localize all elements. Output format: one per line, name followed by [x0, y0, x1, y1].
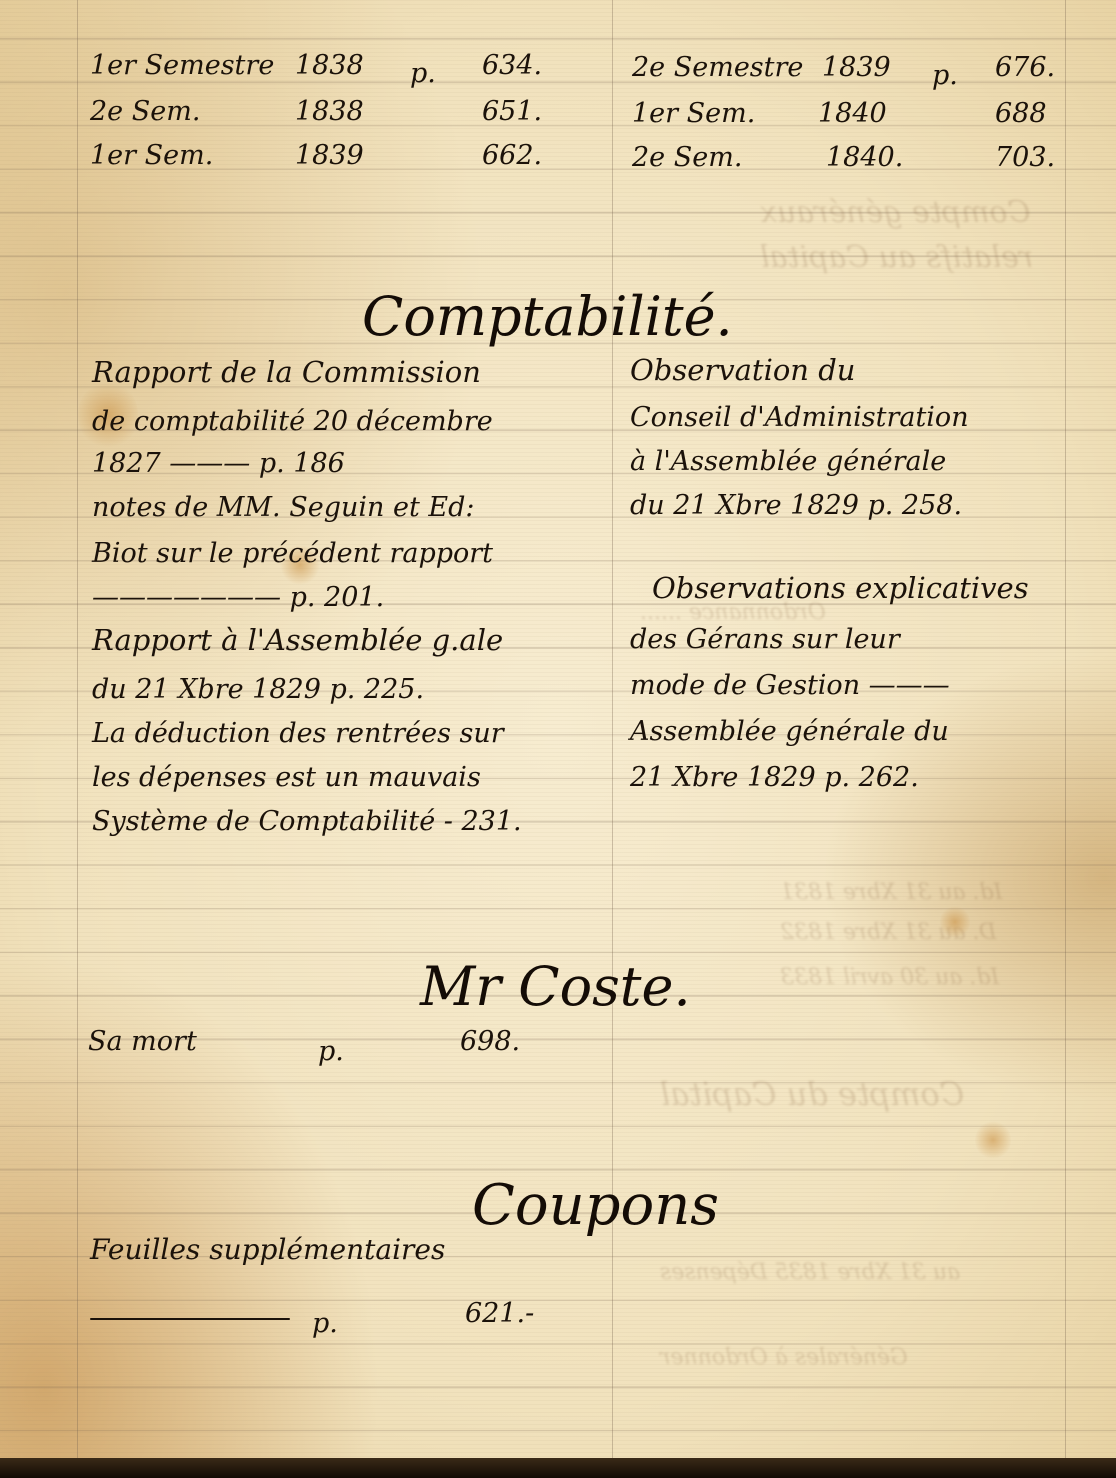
page-number: 621.-: [465, 1300, 534, 1327]
page-prefix: p.: [312, 1310, 338, 1337]
column-divider-line: [612, 0, 613, 1462]
page-prefix: p.: [410, 60, 436, 87]
entry-line: Biot sur le précédent rapport: [92, 540, 493, 567]
bleed-through-text: relatifs au Capital: [760, 240, 1033, 275]
paper-stain: [975, 1120, 1011, 1160]
bleed-through-text: Id. au 31 Xbre 1831: [780, 880, 1002, 905]
semester-year: 1839: [822, 54, 891, 81]
right-margin-line: [1065, 0, 1066, 1462]
entry-line: Conseil d'Administration: [630, 404, 969, 431]
entry-line: 1827 ——— p. 186: [92, 450, 345, 477]
page-number: 651.: [482, 98, 542, 125]
semester-year: 1838: [295, 98, 364, 125]
semester-label: 1er Sem.: [90, 142, 213, 169]
entry-line: Système de Comptabilité - 231.: [92, 808, 522, 835]
page-number: 698.: [460, 1028, 520, 1055]
entry-label: Feuilles supplémentaires: [90, 1236, 445, 1264]
paper-stain: [940, 905, 970, 939]
entry-label: Sa mort: [88, 1028, 197, 1055]
semester-year: 1840: [818, 100, 887, 127]
semester-year: 1838: [295, 52, 364, 79]
entry-line: de comptabilité 20 décembre: [92, 408, 493, 435]
entry-line: du 21 Xbre 1829 p. 225.: [92, 676, 424, 703]
bleed-through-text: Compte généraux: [760, 195, 1031, 230]
semester-label: 2e Sem.: [90, 98, 200, 125]
page-bottom-edge: [0, 1458, 1116, 1478]
semester-label: 2e Semestre: [632, 54, 803, 81]
entry-line: Rapport à l'Assemblée g.ale: [92, 626, 503, 655]
semester-year: 1839: [295, 142, 364, 169]
entry-line: les dépenses est un mauvais: [92, 764, 481, 791]
entry-line: ——————— p. 201.: [92, 584, 384, 611]
entry-line: du 21 Xbre 1829 p. 258.: [630, 492, 962, 519]
left-margin-line: [77, 0, 78, 1462]
semester-year: 1840.: [826, 144, 903, 171]
entry-line: à l'Assemblée générale: [630, 448, 946, 475]
page-prefix: p.: [318, 1038, 344, 1065]
page-prefix: p.: [932, 62, 958, 89]
section-heading-comptabilite: Comptabilité.: [362, 290, 733, 344]
semester-label: 1er Sem.: [632, 100, 755, 127]
bleed-through-text: Id. au 30 avril 1833: [780, 965, 999, 990]
bleed-through-text: au 31 Xbre 1835 Dépenses: [660, 1260, 960, 1285]
manuscript-page: Compte généraux relatifs au Capital Ordo…: [0, 0, 1116, 1462]
page-number: 634.: [482, 52, 542, 79]
bleed-through-text: Générales à Ordonner: [660, 1345, 908, 1370]
section-heading-coupons: Coupons: [472, 1178, 719, 1234]
entry-line: Assemblée générale du: [630, 718, 949, 745]
semester-label: 2e Sem.: [632, 144, 742, 171]
semester-entry: 1er Semestre: [90, 52, 274, 79]
entry-line: Rapport de la Commission: [92, 358, 481, 387]
leader-dash: [90, 1318, 290, 1320]
entry-line: Observations explicatives: [652, 574, 1029, 603]
entry-line: 21 Xbre 1829 p. 262.: [630, 764, 919, 791]
bleed-through-text: Compte du Capital: [660, 1075, 964, 1113]
entry-line: La déduction des rentrées sur: [92, 720, 504, 747]
section-heading-coste: Mr Coste.: [420, 960, 691, 1014]
page-number: 662.: [482, 142, 542, 169]
entry-line: notes de MM. Seguin et Ed:: [92, 494, 474, 521]
semester-label: 1er Semestre: [90, 50, 274, 81]
page-number: 676.: [995, 54, 1055, 81]
entry-line: des Gérans sur leur: [630, 626, 900, 653]
entry-line: Observation du: [630, 356, 855, 385]
page-number: 703.: [995, 144, 1055, 171]
page-number: 688: [995, 100, 1047, 127]
entry-line: mode de Gestion ———: [630, 672, 950, 699]
